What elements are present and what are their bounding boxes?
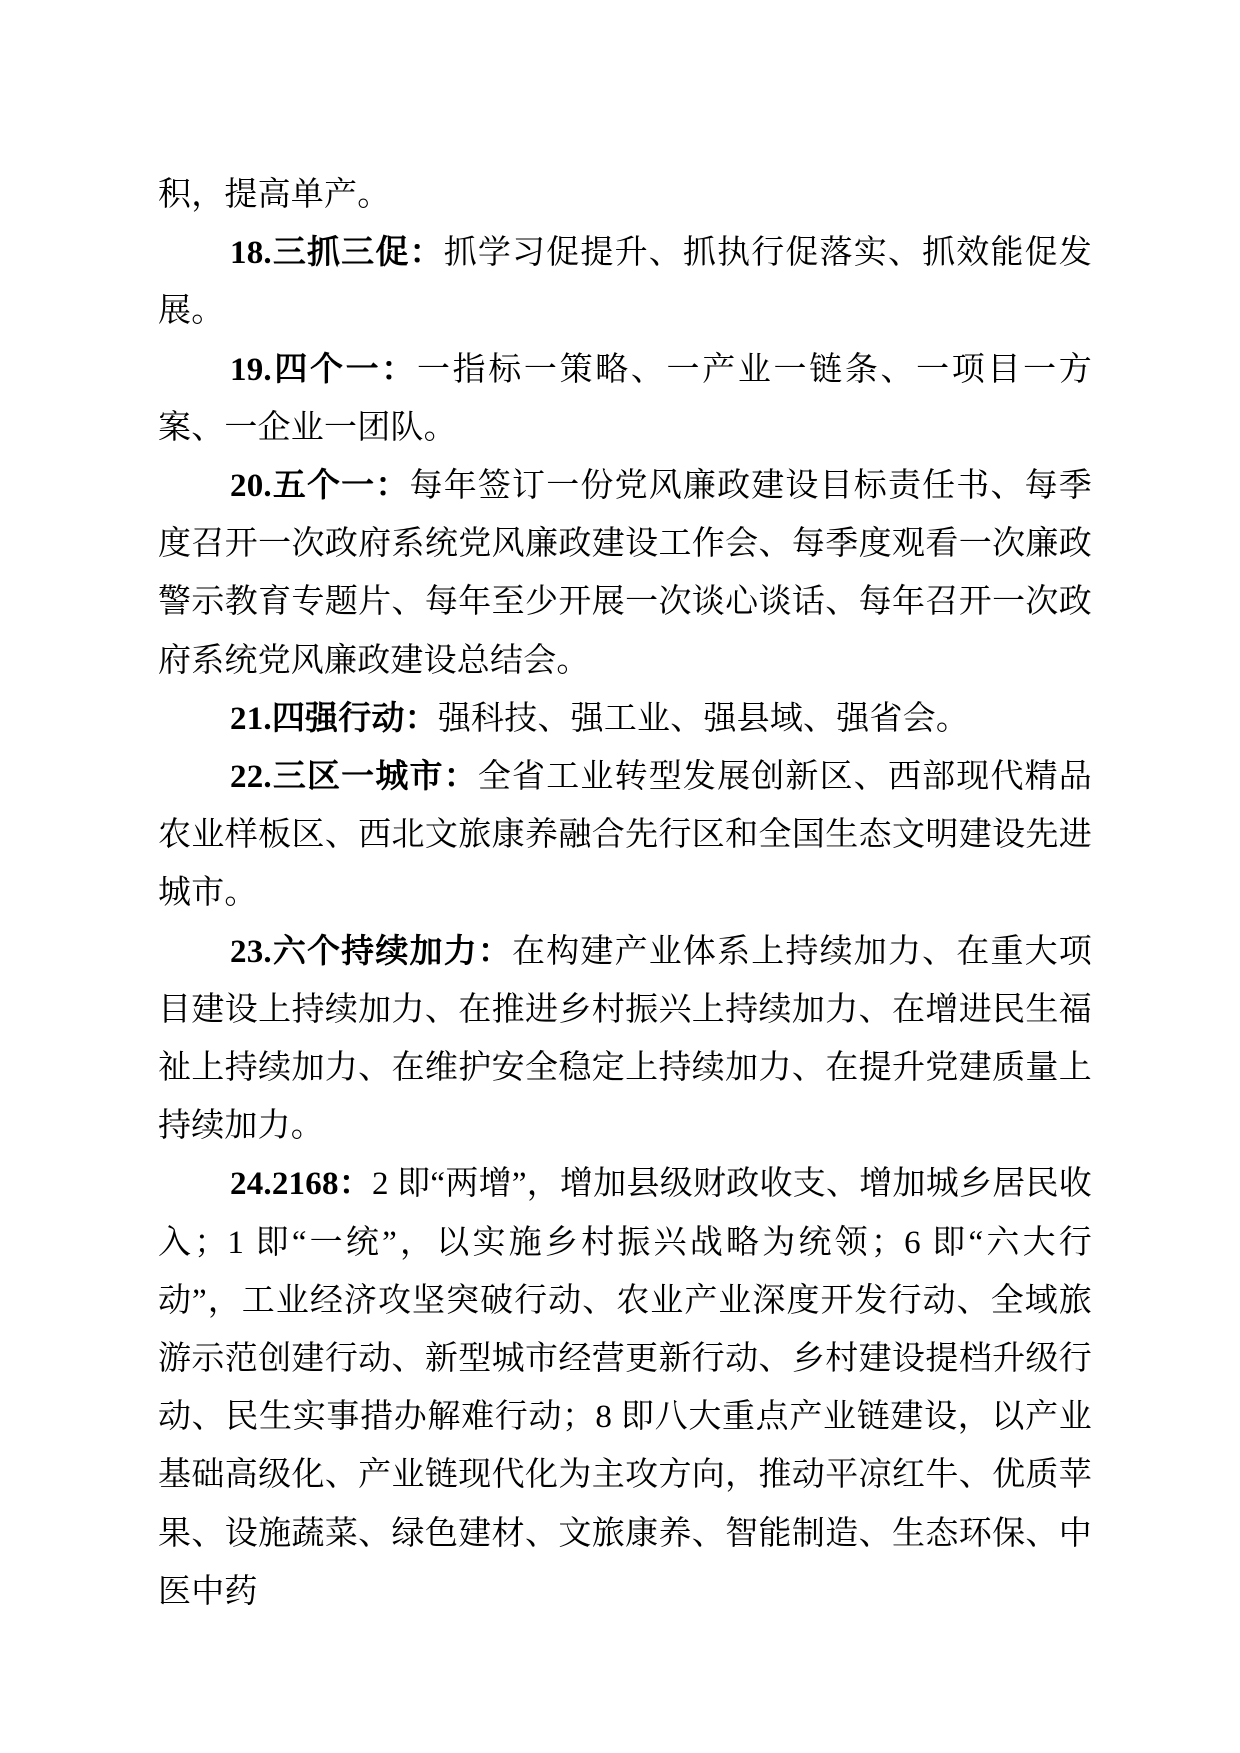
document-page: 积，提高单产。 18.三抓三促：抓学习促提升、抓执行促落实、抓效能促发展。 19… bbox=[0, 0, 1240, 1753]
glossary-item-22: 22.三区一城市：全省工业转型发展创新区、西部现代精品农业样板区、西北文旅康养融… bbox=[158, 748, 1092, 923]
glossary-item-24: 24.2168：2 即“两增”，增加县级财政收支、增加城乡居民收入；1 即“一统… bbox=[158, 1155, 1092, 1621]
item-19-number: 19. bbox=[230, 352, 272, 388]
item-24-definition: 2 即“两增”，增加县级财政收支、增加城乡居民收入；1 即“一统”，以实施乡村振… bbox=[158, 1166, 1092, 1609]
glossary-item-23: 23.六个持续加力：在构建产业体系上持续加力、在重大项目建设上持续加力、在推进乡… bbox=[158, 923, 1092, 1156]
item-22-number: 22. bbox=[230, 759, 272, 795]
glossary-item-19: 19.四个一：一指标一策略、一产业一链条、一项目一方案、一企业一团队。 bbox=[158, 341, 1092, 457]
item-23-number: 23. bbox=[230, 934, 272, 970]
item-20-number: 20. bbox=[230, 468, 272, 504]
item-21-term: 四强行动： bbox=[272, 701, 438, 737]
continuation-text: 积，提高单产。 bbox=[158, 177, 390, 213]
glossary-item-18: 18.三抓三促：抓学习促提升、抓执行促落实、抓效能促发展。 bbox=[158, 224, 1092, 340]
item-24-term: 2168： bbox=[272, 1166, 372, 1202]
item-24-number: 24. bbox=[230, 1166, 272, 1202]
item-18-number: 18. bbox=[230, 235, 272, 271]
item-20-term: 五个一： bbox=[272, 468, 410, 504]
item-21-number: 21. bbox=[230, 701, 272, 737]
glossary-item-21: 21.四强行动：强科技、强工业、强县域、强省会。 bbox=[158, 690, 1092, 748]
item-22-term: 三区一城市： bbox=[272, 759, 478, 795]
glossary-item-20: 20.五个一：每年签订一份党风廉政建设目标责任书、每季度召开一次政府系统党风廉政… bbox=[158, 457, 1092, 690]
paragraph-continuation: 积，提高单产。 bbox=[158, 166, 1092, 224]
document-content: 积，提高单产。 18.三抓三促：抓学习促提升、抓执行促落实、抓效能促发展。 19… bbox=[158, 166, 1092, 1621]
item-18-term: 三抓三促： bbox=[272, 235, 444, 271]
item-19-term: 四个一： bbox=[272, 352, 417, 388]
item-23-term: 六个持续加力： bbox=[272, 934, 512, 970]
item-21-definition: 强科技、强工业、强县域、强省会。 bbox=[438, 701, 969, 737]
